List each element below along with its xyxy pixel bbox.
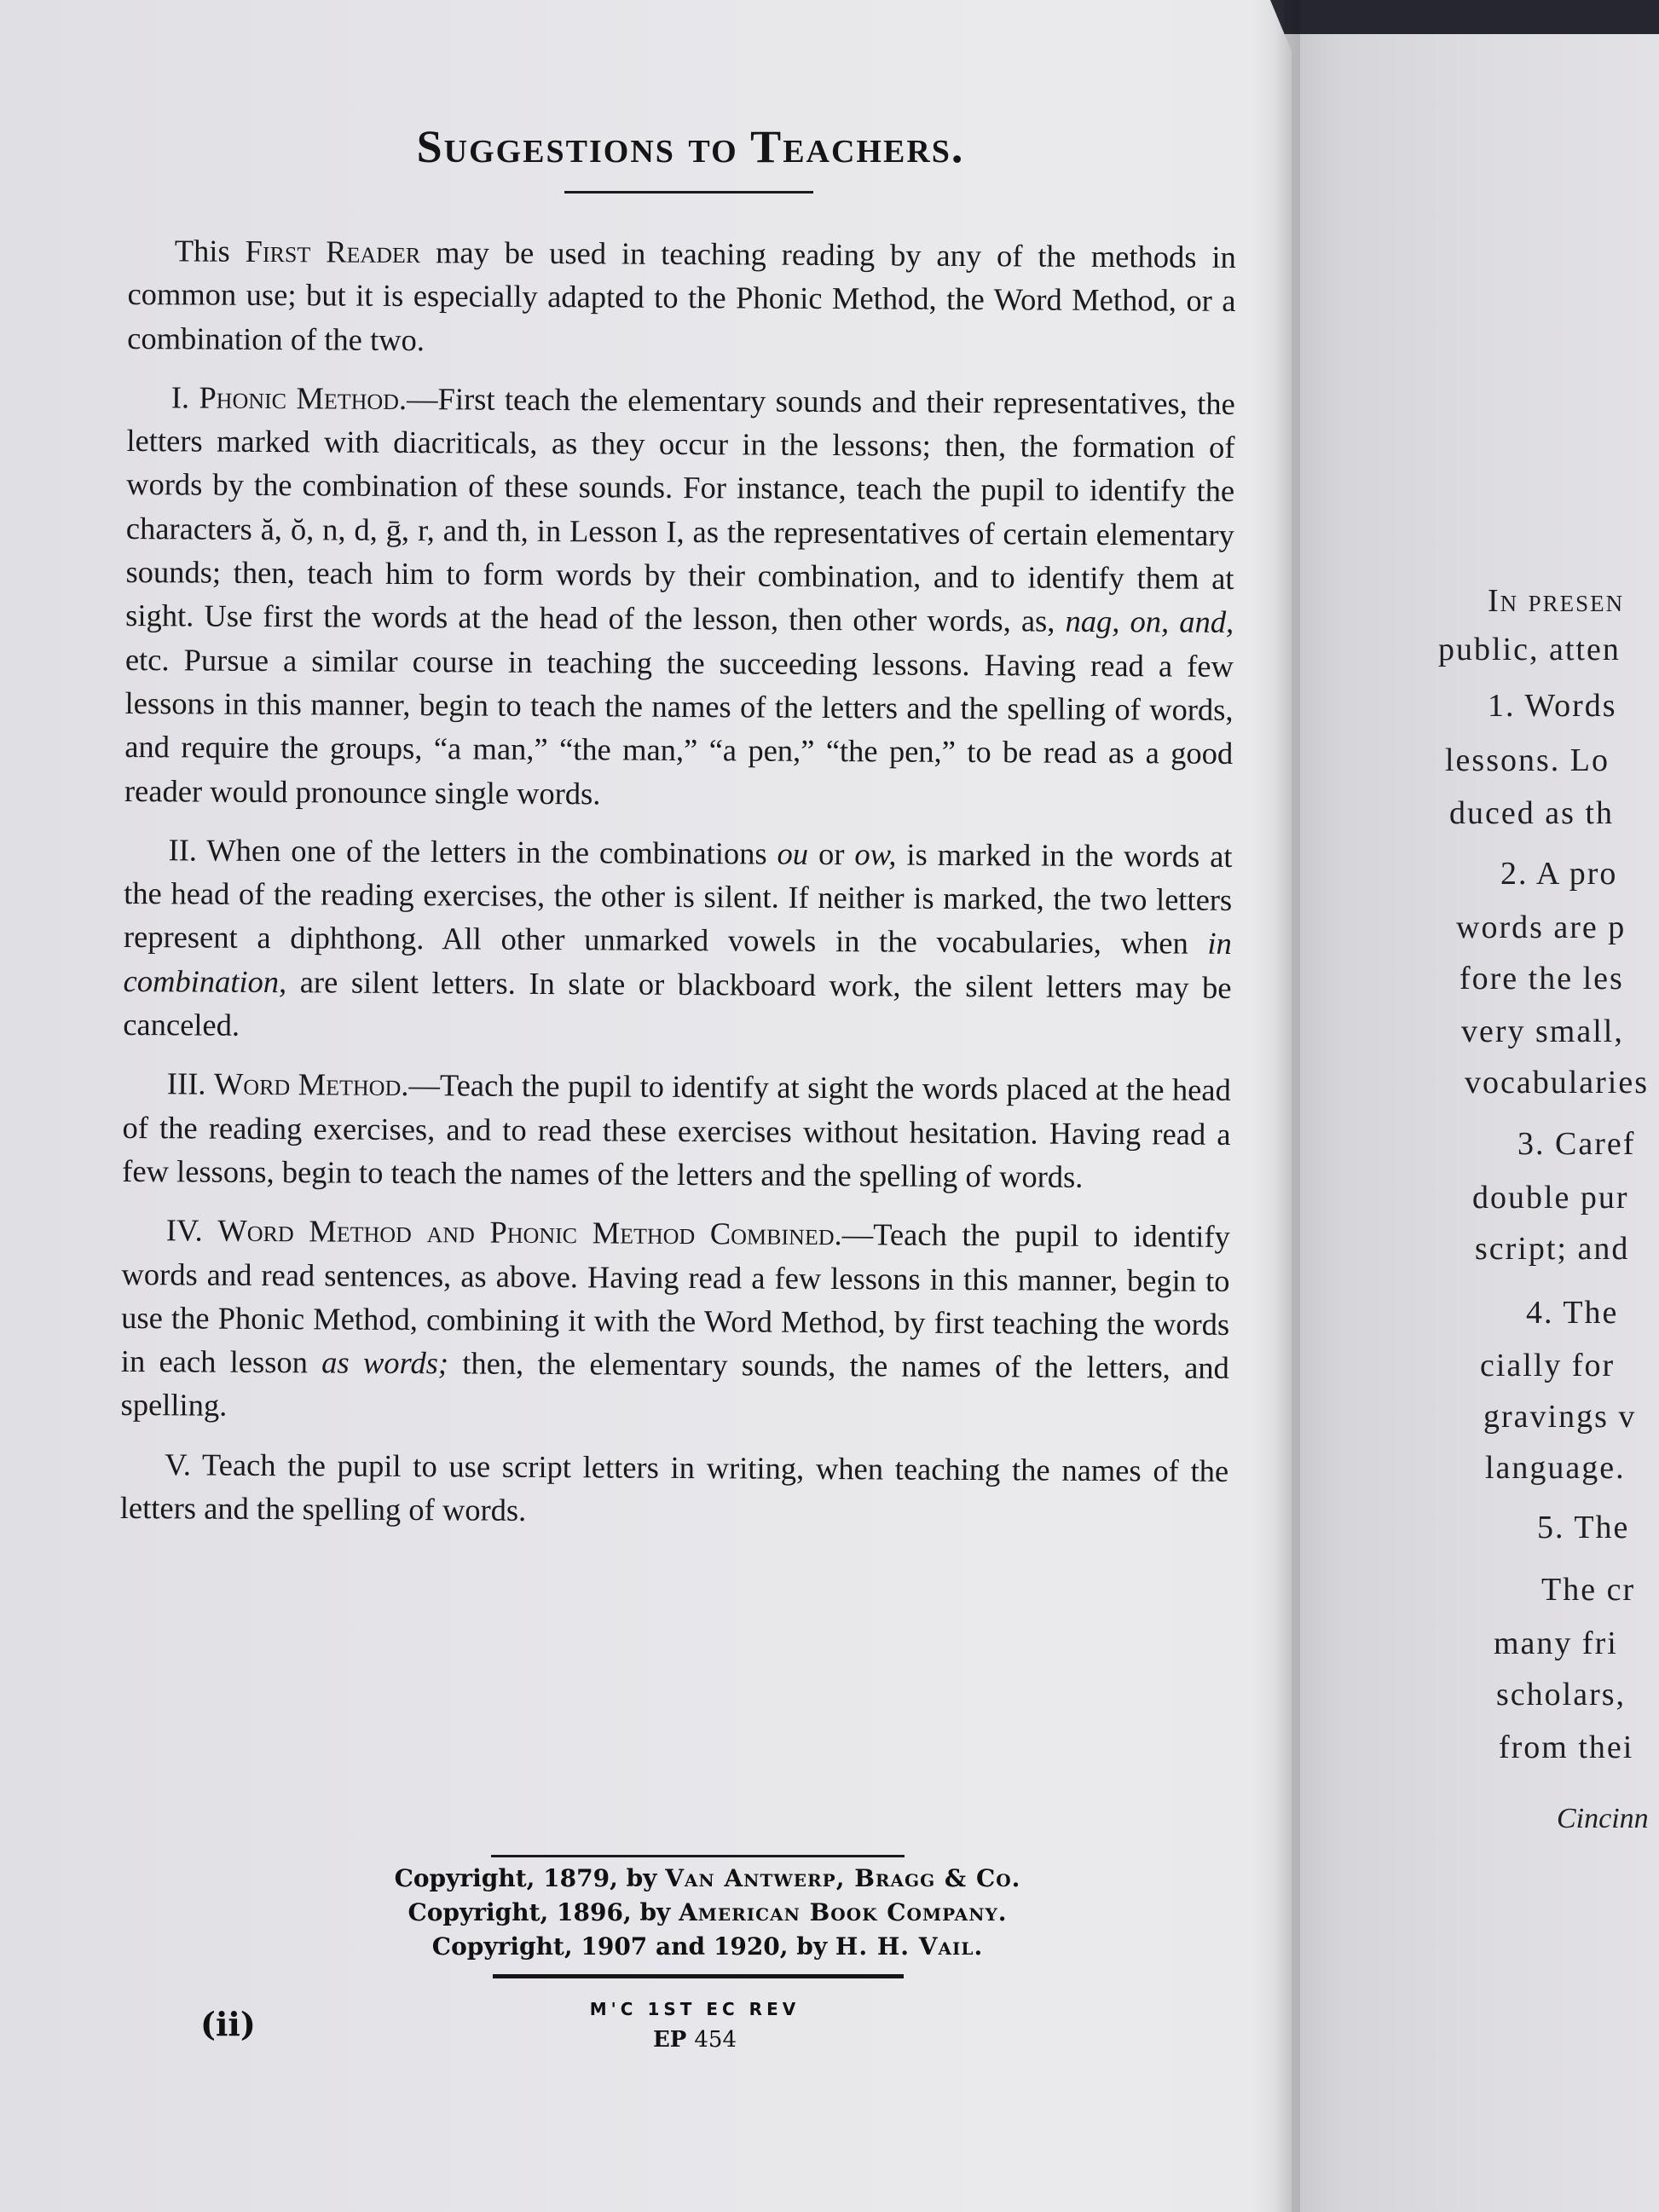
copyright-rule-bottom	[493, 1974, 904, 1978]
intro-paragraph: This First Reader may be used in teachin…	[127, 228, 1236, 367]
section-number: I.	[171, 379, 190, 414]
right-line: from thei	[1499, 1729, 1633, 1766]
section-text: Teach the pupil to use script letters in…	[120, 1447, 1229, 1528]
print-code-ep: EP 454	[554, 2027, 835, 2053]
right-line: 1. Words	[1488, 687, 1617, 725]
right-line: public, atten	[1438, 631, 1621, 668]
book-name: First Reader	[246, 234, 421, 269]
right-line: 2. A pro	[1500, 855, 1617, 892]
right-line: 3. Caref	[1517, 1125, 1635, 1163]
page-number: (ii)	[200, 2005, 256, 2043]
copyright-line: Copyright, 1907 and 1920, by H. H. Vail.	[324, 1930, 1091, 1964]
section-word-method: III. Word Method.—Teach the pupil to ide…	[122, 1061, 1231, 1199]
copyright-holder: American Book Company.	[679, 1898, 1007, 1926]
copyright-line: Copyright, 1879, by Van Antwerp, Bragg &…	[324, 1862, 1091, 1896]
section-phonic-method: I. Phonic Method.—First teach the elemen…	[124, 375, 1235, 819]
section-number: III.	[167, 1066, 206, 1101]
section-italic: nag, on, and,	[1065, 604, 1234, 639]
print-code-number: 454	[694, 2027, 737, 2053]
copyright-prefix: Copyright, 1907 and 1920, by	[432, 1932, 835, 1961]
right-line: script; and	[1475, 1230, 1629, 1268]
section-text: or	[808, 836, 855, 871]
section-script-letters: V. Teach the pupil to use script letters…	[120, 1442, 1229, 1537]
copyright-rule-top	[491, 1855, 905, 1857]
intro-text: This	[175, 233, 246, 269]
right-line: scholars,	[1496, 1676, 1626, 1713]
gutter-shadow	[1275, 0, 1300, 2212]
section-text: —First teach the elementary sounds and t…	[125, 381, 1235, 638]
right-line: gravings v	[1483, 1398, 1636, 1435]
section-italic: as words;	[321, 1345, 448, 1381]
right-line: lessons. Lo	[1445, 742, 1610, 779]
right-line: 5. The	[1537, 1509, 1629, 1546]
copyright-holder: H. H. Vail.	[835, 1932, 983, 1961]
right-line: In presen	[1488, 582, 1624, 620]
print-code-prefix: EP	[653, 2027, 686, 2053]
right-line: vocabularies	[1465, 1064, 1649, 1101]
right-line: double pur	[1472, 1179, 1629, 1216]
section-italic: ow,	[854, 836, 896, 871]
copyright-line: Copyright, 1896, by American Book Compan…	[324, 1896, 1091, 1930]
section-combined-method: IV. Word Method and Phonic Method Combin…	[120, 1208, 1230, 1433]
copyright-prefix: Copyright, 1896, by	[408, 1898, 679, 1926]
copyright-block: Copyright, 1879, by Van Antwerp, Bragg &…	[324, 1862, 1091, 1964]
page-body: This First Reader may be used in teachin…	[120, 228, 1236, 1551]
section-number: V.	[165, 1447, 191, 1481]
section-heading: Word Method.	[214, 1066, 409, 1102]
section-silent-letters: II. When one of the letters in the combi…	[123, 828, 1233, 1053]
section-heading: Phonic Method.	[199, 379, 407, 415]
right-page	[1283, 34, 1659, 2212]
print-code: M'C 1ST EC REV	[554, 1999, 835, 2019]
section-text: When one of the letters in the combinati…	[197, 832, 777, 870]
title-rule	[564, 191, 813, 193]
right-line: 4. The	[1526, 1294, 1618, 1331]
right-line: very small,	[1461, 1013, 1624, 1050]
section-number: IV.	[166, 1213, 203, 1248]
page-title: Suggestions to Teachers.	[307, 120, 1074, 173]
section-italic: ou	[777, 836, 808, 871]
section-text: are silent letters. In slate or blackboa…	[123, 964, 1232, 1042]
section-number: II.	[168, 832, 197, 867]
section-heading: Word Method and Phonic Method Combined.	[217, 1213, 842, 1251]
right-line: cially for	[1480, 1347, 1615, 1384]
right-line: fore the les	[1460, 960, 1624, 997]
right-line: duced as th	[1449, 794, 1614, 832]
right-line: many fri	[1494, 1625, 1618, 1662]
right-line: The cr	[1541, 1571, 1635, 1608]
right-line: language.	[1485, 1449, 1626, 1487]
right-line-place: Cincinn	[1557, 1803, 1649, 1835]
copyright-holder: Van Antwerp, Bragg & Co.	[665, 1864, 1020, 1892]
section-text: etc. Pursue a similar course in teaching…	[124, 642, 1234, 811]
copyright-prefix: Copyright, 1879, by	[395, 1864, 666, 1892]
right-line: words are p	[1456, 909, 1626, 946]
